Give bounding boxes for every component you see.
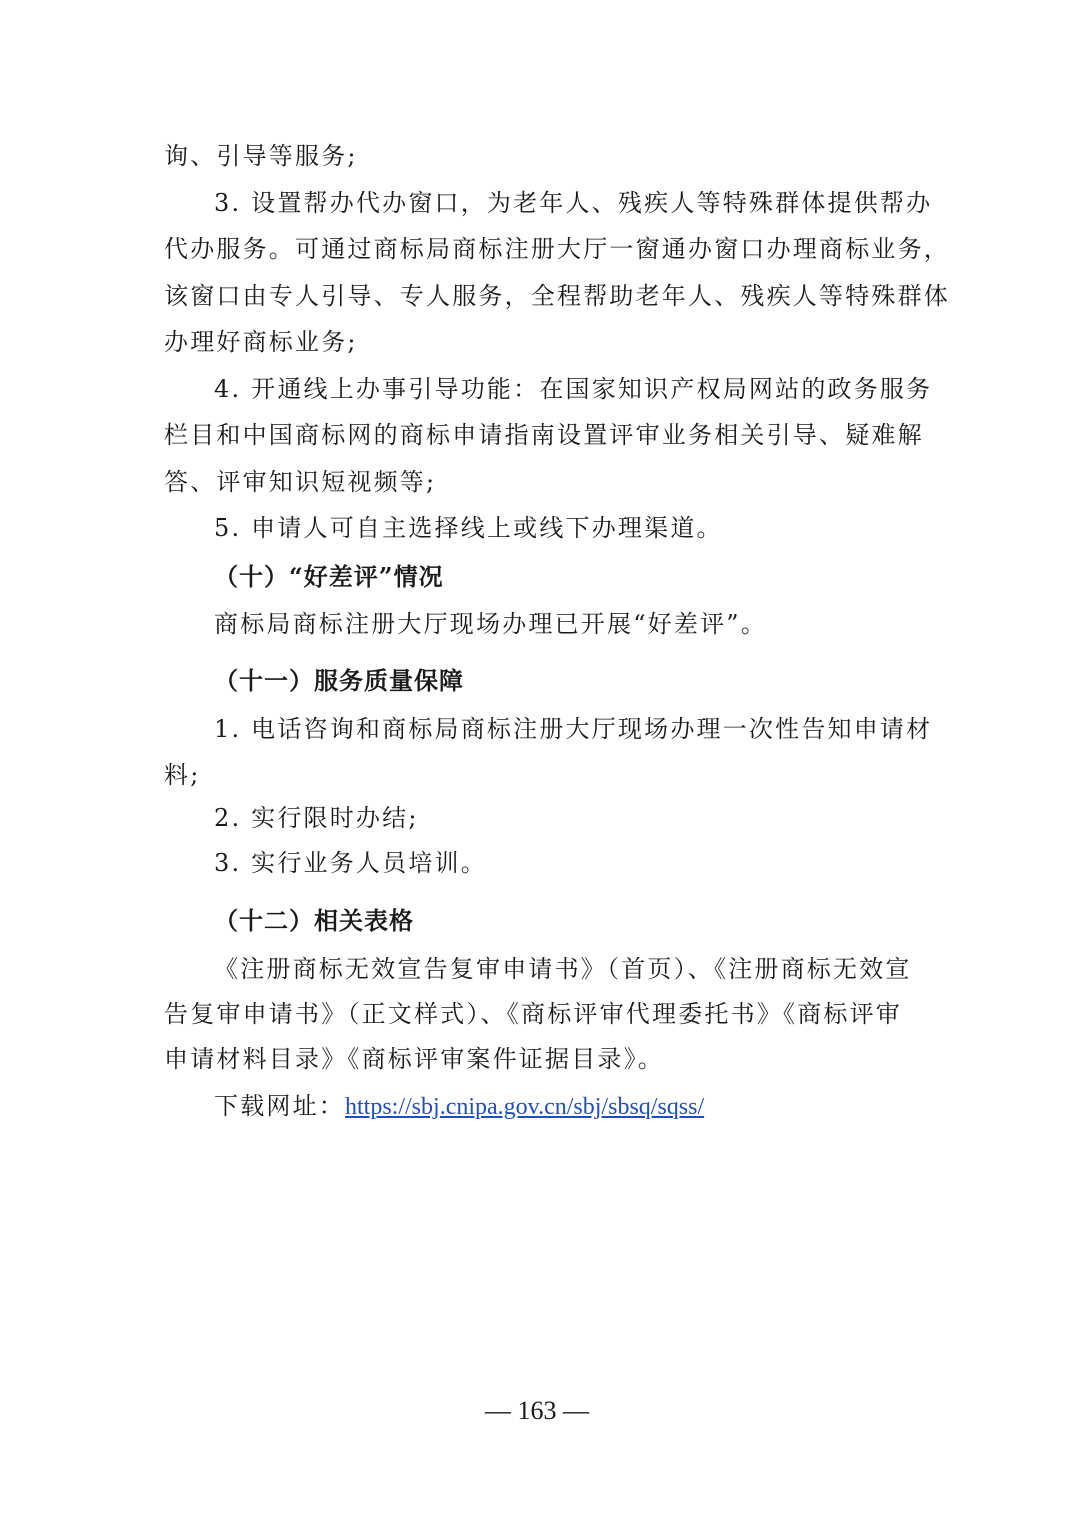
list-item-1: 1. 电话咨询和商标局商标注册大厅现场办理一次性告知申请材: [214, 714, 964, 744]
list-item-4: 4. 开通线上办事引导功能：在国家知识产权局网站的政务服务: [214, 374, 964, 404]
download-link[interactable]: https://sbj.cnipa.gov.cn/sbj/sbsq/sqss/: [345, 1094, 704, 1120]
list-item-3: 3. 设置帮办代办窗口，为老年人、残疾人等特殊群体提供帮办: [214, 188, 964, 218]
section-heading-10: （十）“好差评”情况: [214, 562, 964, 592]
text-line: 代办服务。可通过商标局商标注册大厅一窗通办窗口办理商标业务，: [164, 234, 914, 264]
section-12-body: 《注册商标无效宣告复审申请书》（首页）、《注册商标无效宣: [214, 954, 964, 984]
list-item-3: 3. 实行业务人员培训。: [214, 848, 964, 878]
page-number: — 163 —: [0, 1396, 1074, 1426]
text-line: 询、引导等服务;: [164, 141, 914, 171]
text-line: 料;: [164, 760, 914, 790]
section-heading-11: （十一）服务质量保障: [214, 666, 964, 696]
text-line: 申请材料目录》《商标评审案件证据目录》。: [164, 1044, 914, 1074]
list-item-2: 2. 实行限时办结;: [214, 803, 964, 833]
list-item-5: 5. 申请人可自主选择线上或线下办理渠道。: [214, 513, 964, 543]
text-line: 告复审申请书》（正文样式）、《商标评审代理委托书》《商标评审: [164, 999, 914, 1029]
text-line: 栏目和中国商标网的商标申请指南设置评审业务相关引导、疑难解: [164, 420, 914, 450]
download-line: 下载网址：https://sbj.cnipa.gov.cn/sbj/sbsq/s…: [214, 1091, 964, 1122]
download-label: 下载网址：: [214, 1092, 345, 1120]
text-line: 该窗口由专人引导、专人服务，全程帮助老年人、残疾人等特殊群体: [164, 281, 914, 311]
document-page: 询、引导等服务; 3. 设置帮办代办窗口，为老年人、残疾人等特殊群体提供帮办 代…: [0, 0, 1074, 1520]
text-line: 办理好商标业务;: [164, 327, 914, 357]
section-10-body: 商标局商标注册大厅现场办理已开展“好差评”。: [214, 609, 964, 639]
section-heading-12: （十二）相关表格: [214, 906, 964, 936]
text-line: 答、评审知识短视频等;: [164, 467, 914, 497]
